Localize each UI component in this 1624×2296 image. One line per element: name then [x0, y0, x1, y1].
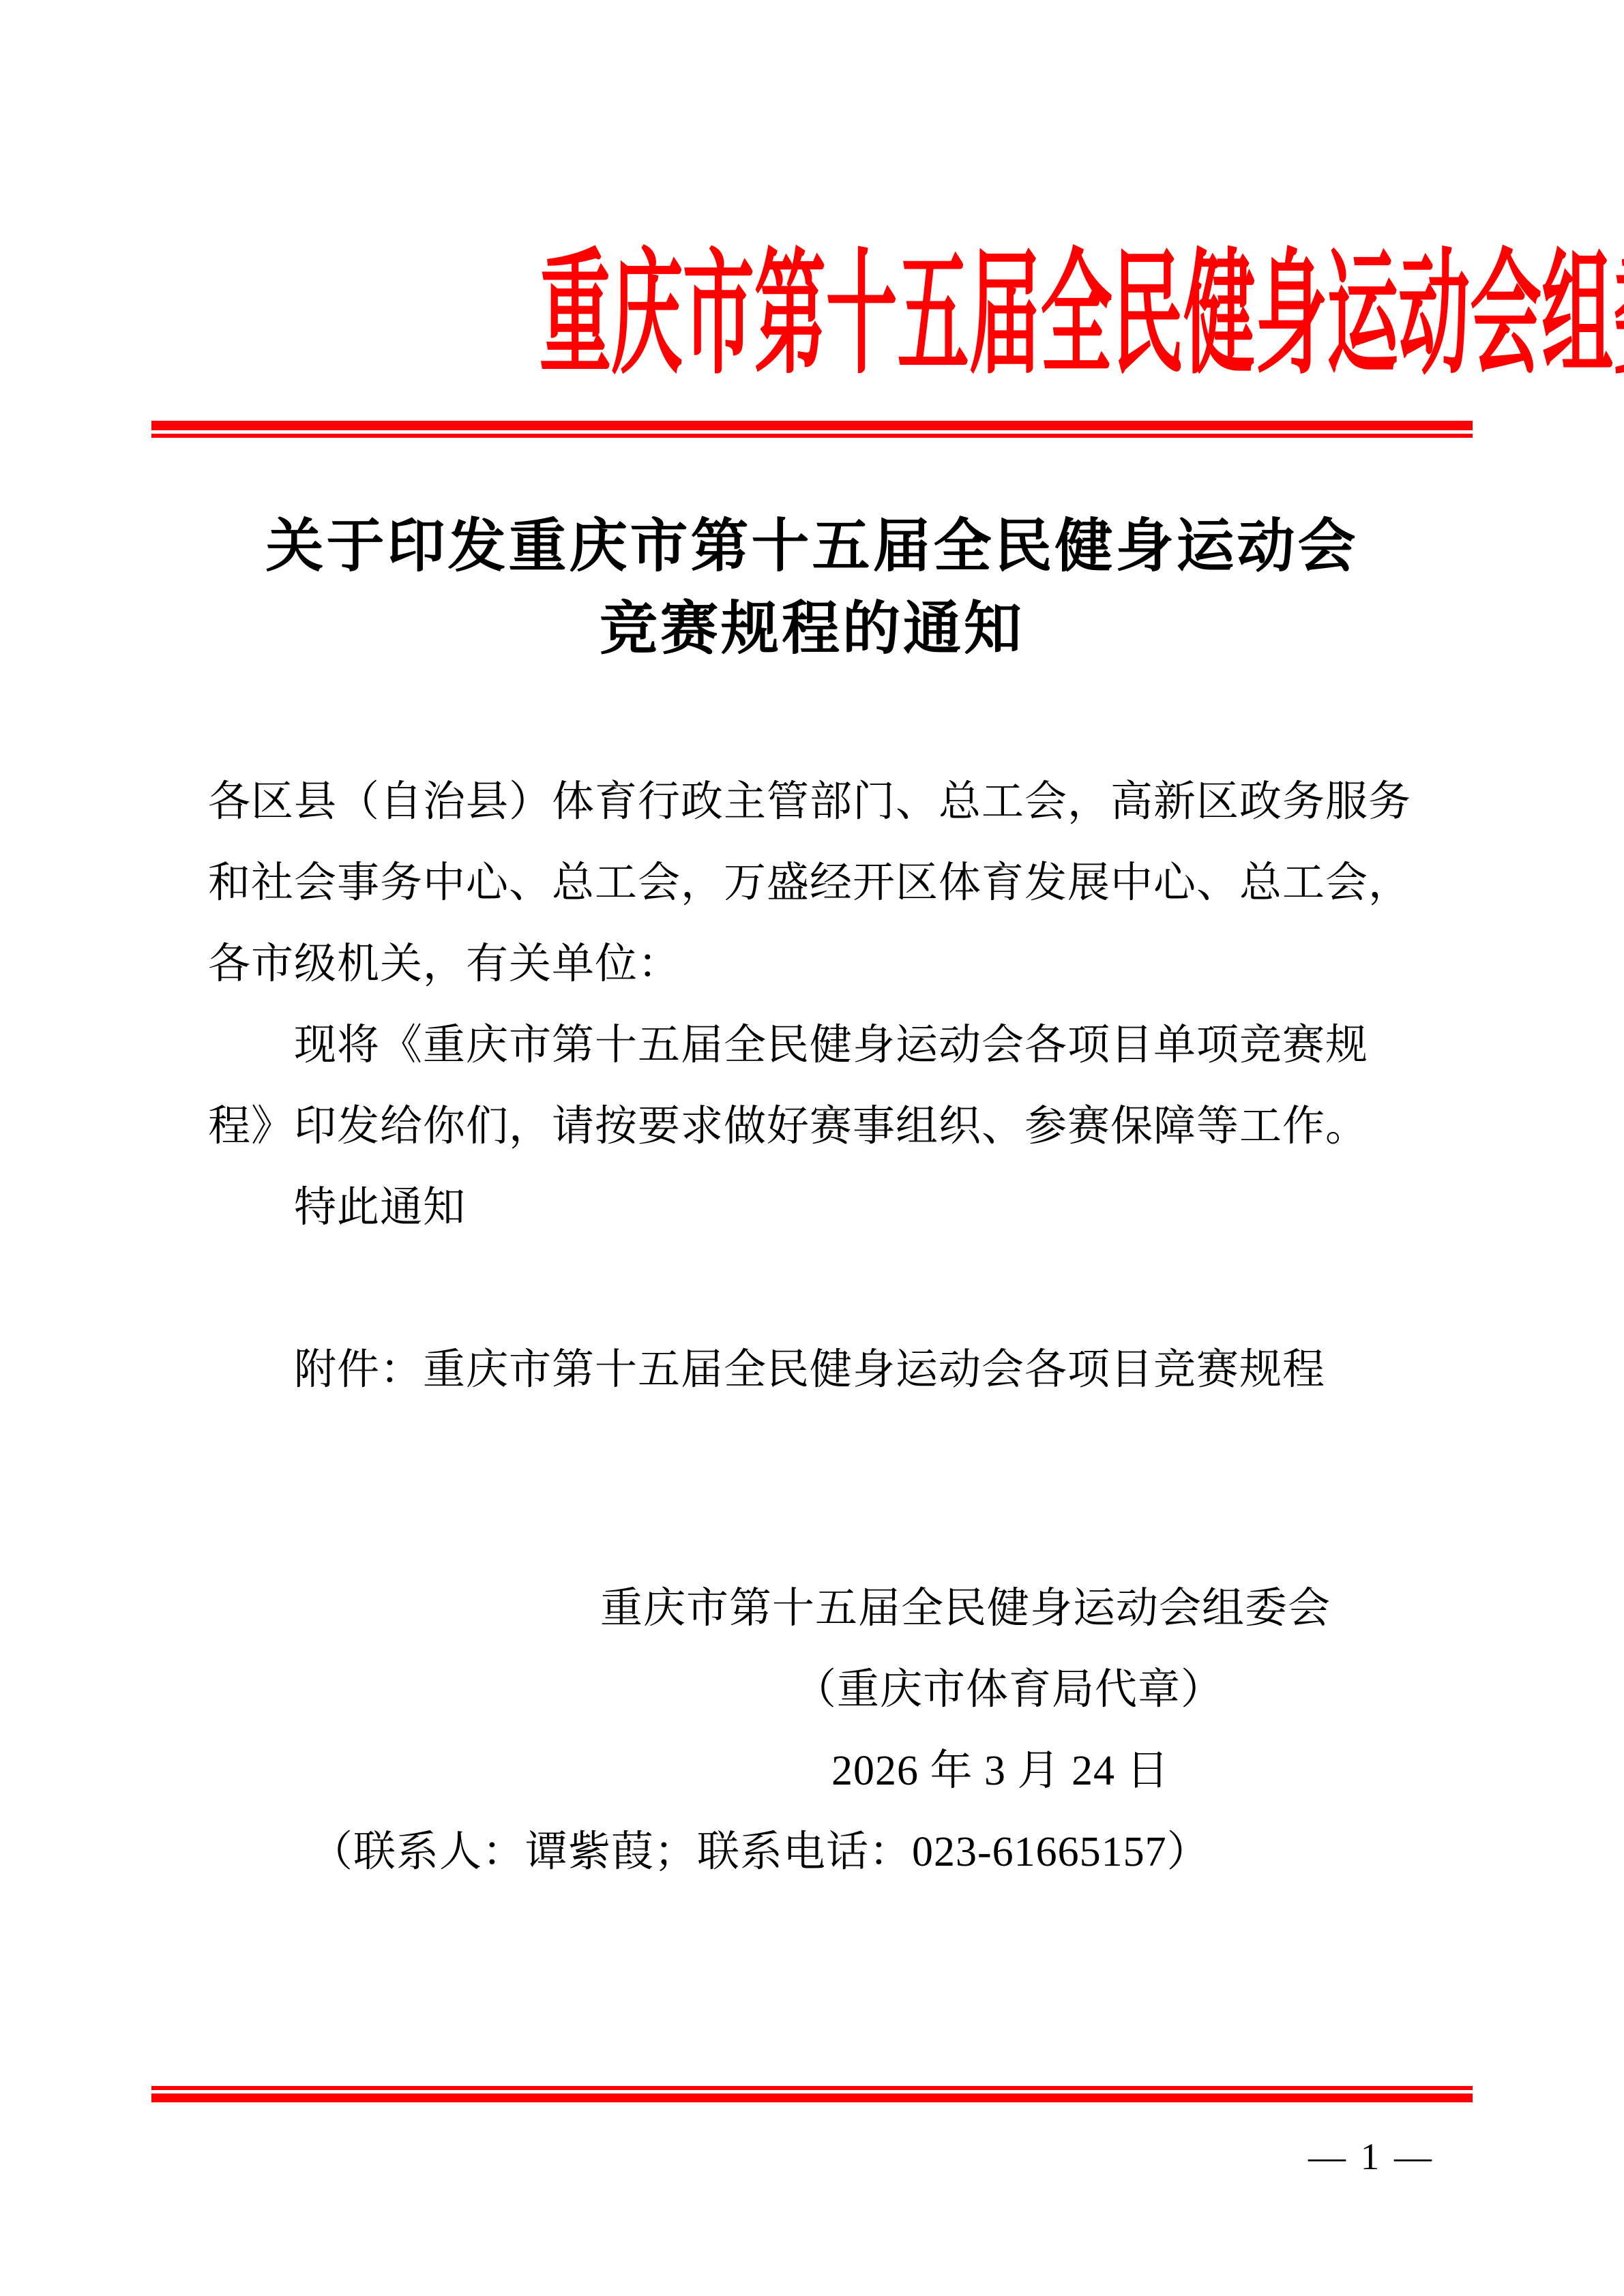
signature-contact-info: （联系人：谭紫葭；联系电话：023-61665157） [310, 1812, 1210, 1893]
signature-seal-note: （重庆市体育局代章） [794, 1650, 1224, 1731]
header-separator-thin-line [151, 434, 1473, 438]
body-line-paragraph-2: 程》印发给你们，请按要求做好赛事组织、参赛保障等工作。 [208, 1086, 1419, 1167]
body-line-addressee-1: 各区县（自治县）体育行政主管部门、总工会，高新区政务服务 [208, 762, 1419, 843]
body-line-paragraph-1: 现将《重庆市第十五届全民健身运动会各项目单项竞赛规 [208, 1005, 1419, 1086]
body-line-notice: 特此通知 [208, 1167, 1419, 1249]
page-number: — 1 — [1308, 2136, 1434, 2177]
footer-separator-thin-line [151, 2086, 1473, 2090]
document-body: 各区县（自治县）体育行政主管部门、总工会，高新区政务服务 和社会事务中心、总工会… [208, 762, 1419, 1411]
signature-date: 2026 年 3 月 24 日 [831, 1731, 1170, 1812]
document-title-line-1: 关于印发重庆市第十五届全民健身运动会 [0, 506, 1624, 588]
body-line-addressee-3: 各市级机关，有关单位： [208, 924, 1419, 1005]
blank-line [208, 1249, 1419, 1330]
letterhead-org-title: 重庆市第十五届全民健身运动会组委会 [0, 240, 1624, 391]
signature-organization: 重庆市第十五届全民健身运动会组委会 [600, 1568, 1331, 1650]
body-line-addressee-2: 和社会事务中心、总工会，万盛经开区体育发展中心、总工会， [208, 843, 1419, 924]
body-line-attachment: 附件：重庆市第十五届全民健身运动会各项目竞赛规程 [208, 1330, 1419, 1411]
document-page: 重庆市第十五届全民健身运动会组委会 关于印发重庆市第十五届全民健身运动会 竞赛规… [0, 0, 1624, 2296]
header-separator-thick-line [151, 421, 1473, 430]
footer-separator-thick-line [151, 2093, 1473, 2102]
document-title-line-2: 竞赛规程的通知 [0, 588, 1624, 671]
letterhead-org-title-text: 重庆市第十五届全民健身运动会组委会 [540, 240, 1624, 391]
document-title: 关于印发重庆市第十五届全民健身运动会 竞赛规程的通知 [0, 506, 1624, 671]
